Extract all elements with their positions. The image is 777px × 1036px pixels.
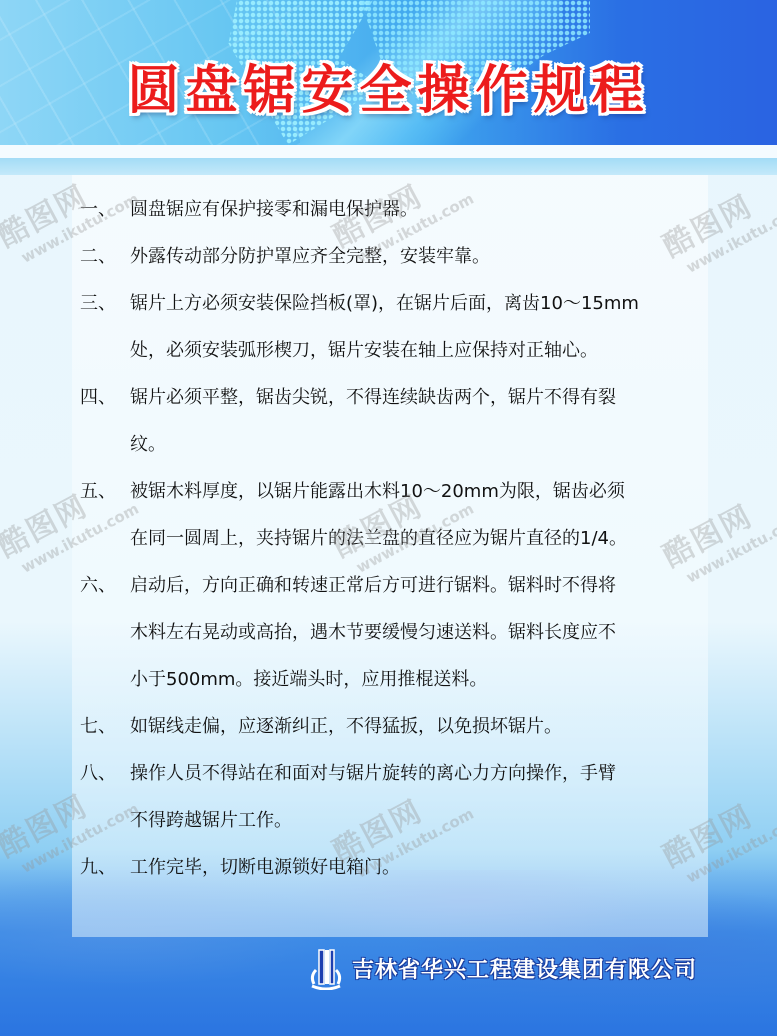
rule-item: 三、 锯片上方必须安装保险挡板(罩)，在锯片后面，离齿10～15mm 处，必须安… [80, 291, 710, 363]
rule-item: 五、 被锯木料厚度，以锯片能露出木料10～20mm为限，锯齿必须 在同一圆周上，… [80, 479, 710, 551]
rule-item: 八、 操作人员不得站在和面对与锯片旋转的离心力方向操作，手臂 不得跨越锯片工作。 [80, 761, 710, 833]
rule-number: 二、 [80, 244, 116, 269]
rule-text: 木料左右晃动或高抬，遇木节要缓慢匀速送料。锯料长度应不 [80, 620, 710, 645]
divider-white [0, 145, 777, 158]
rule-text: 启动后，方向正确和转速正常后方可进行锯料。锯料时不得将 [80, 573, 710, 598]
rule-item: 二、 外露传动部分防护罩应齐全完整，安装牢靠。 [80, 244, 710, 269]
rule-text: 被锯木料厚度，以锯片能露出木料10～20mm为限，锯齿必须 [80, 479, 710, 504]
rule-number: 八、 [80, 761, 116, 786]
rule-number: 六、 [80, 573, 116, 598]
rule-item: 四、 锯片必须平整，锯齿尖锐，不得连续缺齿两个，锯片不得有裂 纹。 [80, 385, 710, 457]
rule-number: 三、 [80, 291, 116, 316]
header-banner: 圆盘锯安全操作规程 [0, 0, 777, 145]
rule-text: 锯片必须平整，锯齿尖锐，不得连续缺齿两个，锯片不得有裂 [80, 385, 710, 410]
rule-text: 圆盘锯应有保护接零和漏电保护器。 [80, 197, 710, 222]
rules-list: 一、 圆盘锯应有保护接零和漏电保护器。 二、 外露传动部分防护罩应齐全完整，安装… [80, 197, 710, 902]
rule-text: 不得跨越锯片工作。 [80, 808, 710, 833]
rule-text: 在同一圆周上，夹持锯片的法兰盘的直径应为锯片直径的1/4。 [80, 526, 710, 551]
building-logo-icon [308, 946, 344, 990]
rule-number: 九、 [80, 855, 116, 880]
company-name: 吉林省华兴工程建设集团有限公司 [352, 953, 697, 984]
rule-text: 纹。 [80, 432, 710, 457]
rule-item: 一、 圆盘锯应有保护接零和漏电保护器。 [80, 197, 710, 222]
rule-number: 四、 [80, 385, 116, 410]
rule-text: 如锯线走偏，应逐渐纠正，不得猛扳，以免损坏锯片。 [80, 714, 710, 739]
rule-item: 九、 工作完毕，切断电源锁好电箱门。 [80, 855, 710, 880]
rule-text: 操作人员不得站在和面对与锯片旋转的离心力方向操作，手臂 [80, 761, 710, 786]
rule-text: 工作完毕，切断电源锁好电箱门。 [80, 855, 710, 880]
rule-item: 七、 如锯线走偏，应逐渐纠正，不得猛扳，以免损坏锯片。 [80, 714, 710, 739]
company-footer: 吉林省华兴工程建设集团有限公司 [308, 946, 697, 990]
rule-number: 五、 [80, 479, 116, 504]
rule-text: 外露传动部分防护罩应齐全完整，安装牢靠。 [80, 244, 710, 269]
rule-item: 六、 启动后，方向正确和转速正常后方可进行锯料。锯料时不得将 木料左右晃动或高抬… [80, 573, 710, 692]
rule-text: 小于500mm。接近端头时，应用推棍送料。 [80, 667, 710, 692]
divider-blue [0, 158, 777, 175]
page-title: 圆盘锯安全操作规程 [0, 48, 777, 123]
rule-text: 锯片上方必须安装保险挡板(罩)，在锯片后面，离齿10～15mm [80, 291, 710, 316]
rule-number: 一、 [80, 197, 116, 222]
rule-text: 处，必须安装弧形楔刀，锯片安装在轴上应保持对正轴心。 [80, 338, 710, 363]
rule-number: 七、 [80, 714, 116, 739]
